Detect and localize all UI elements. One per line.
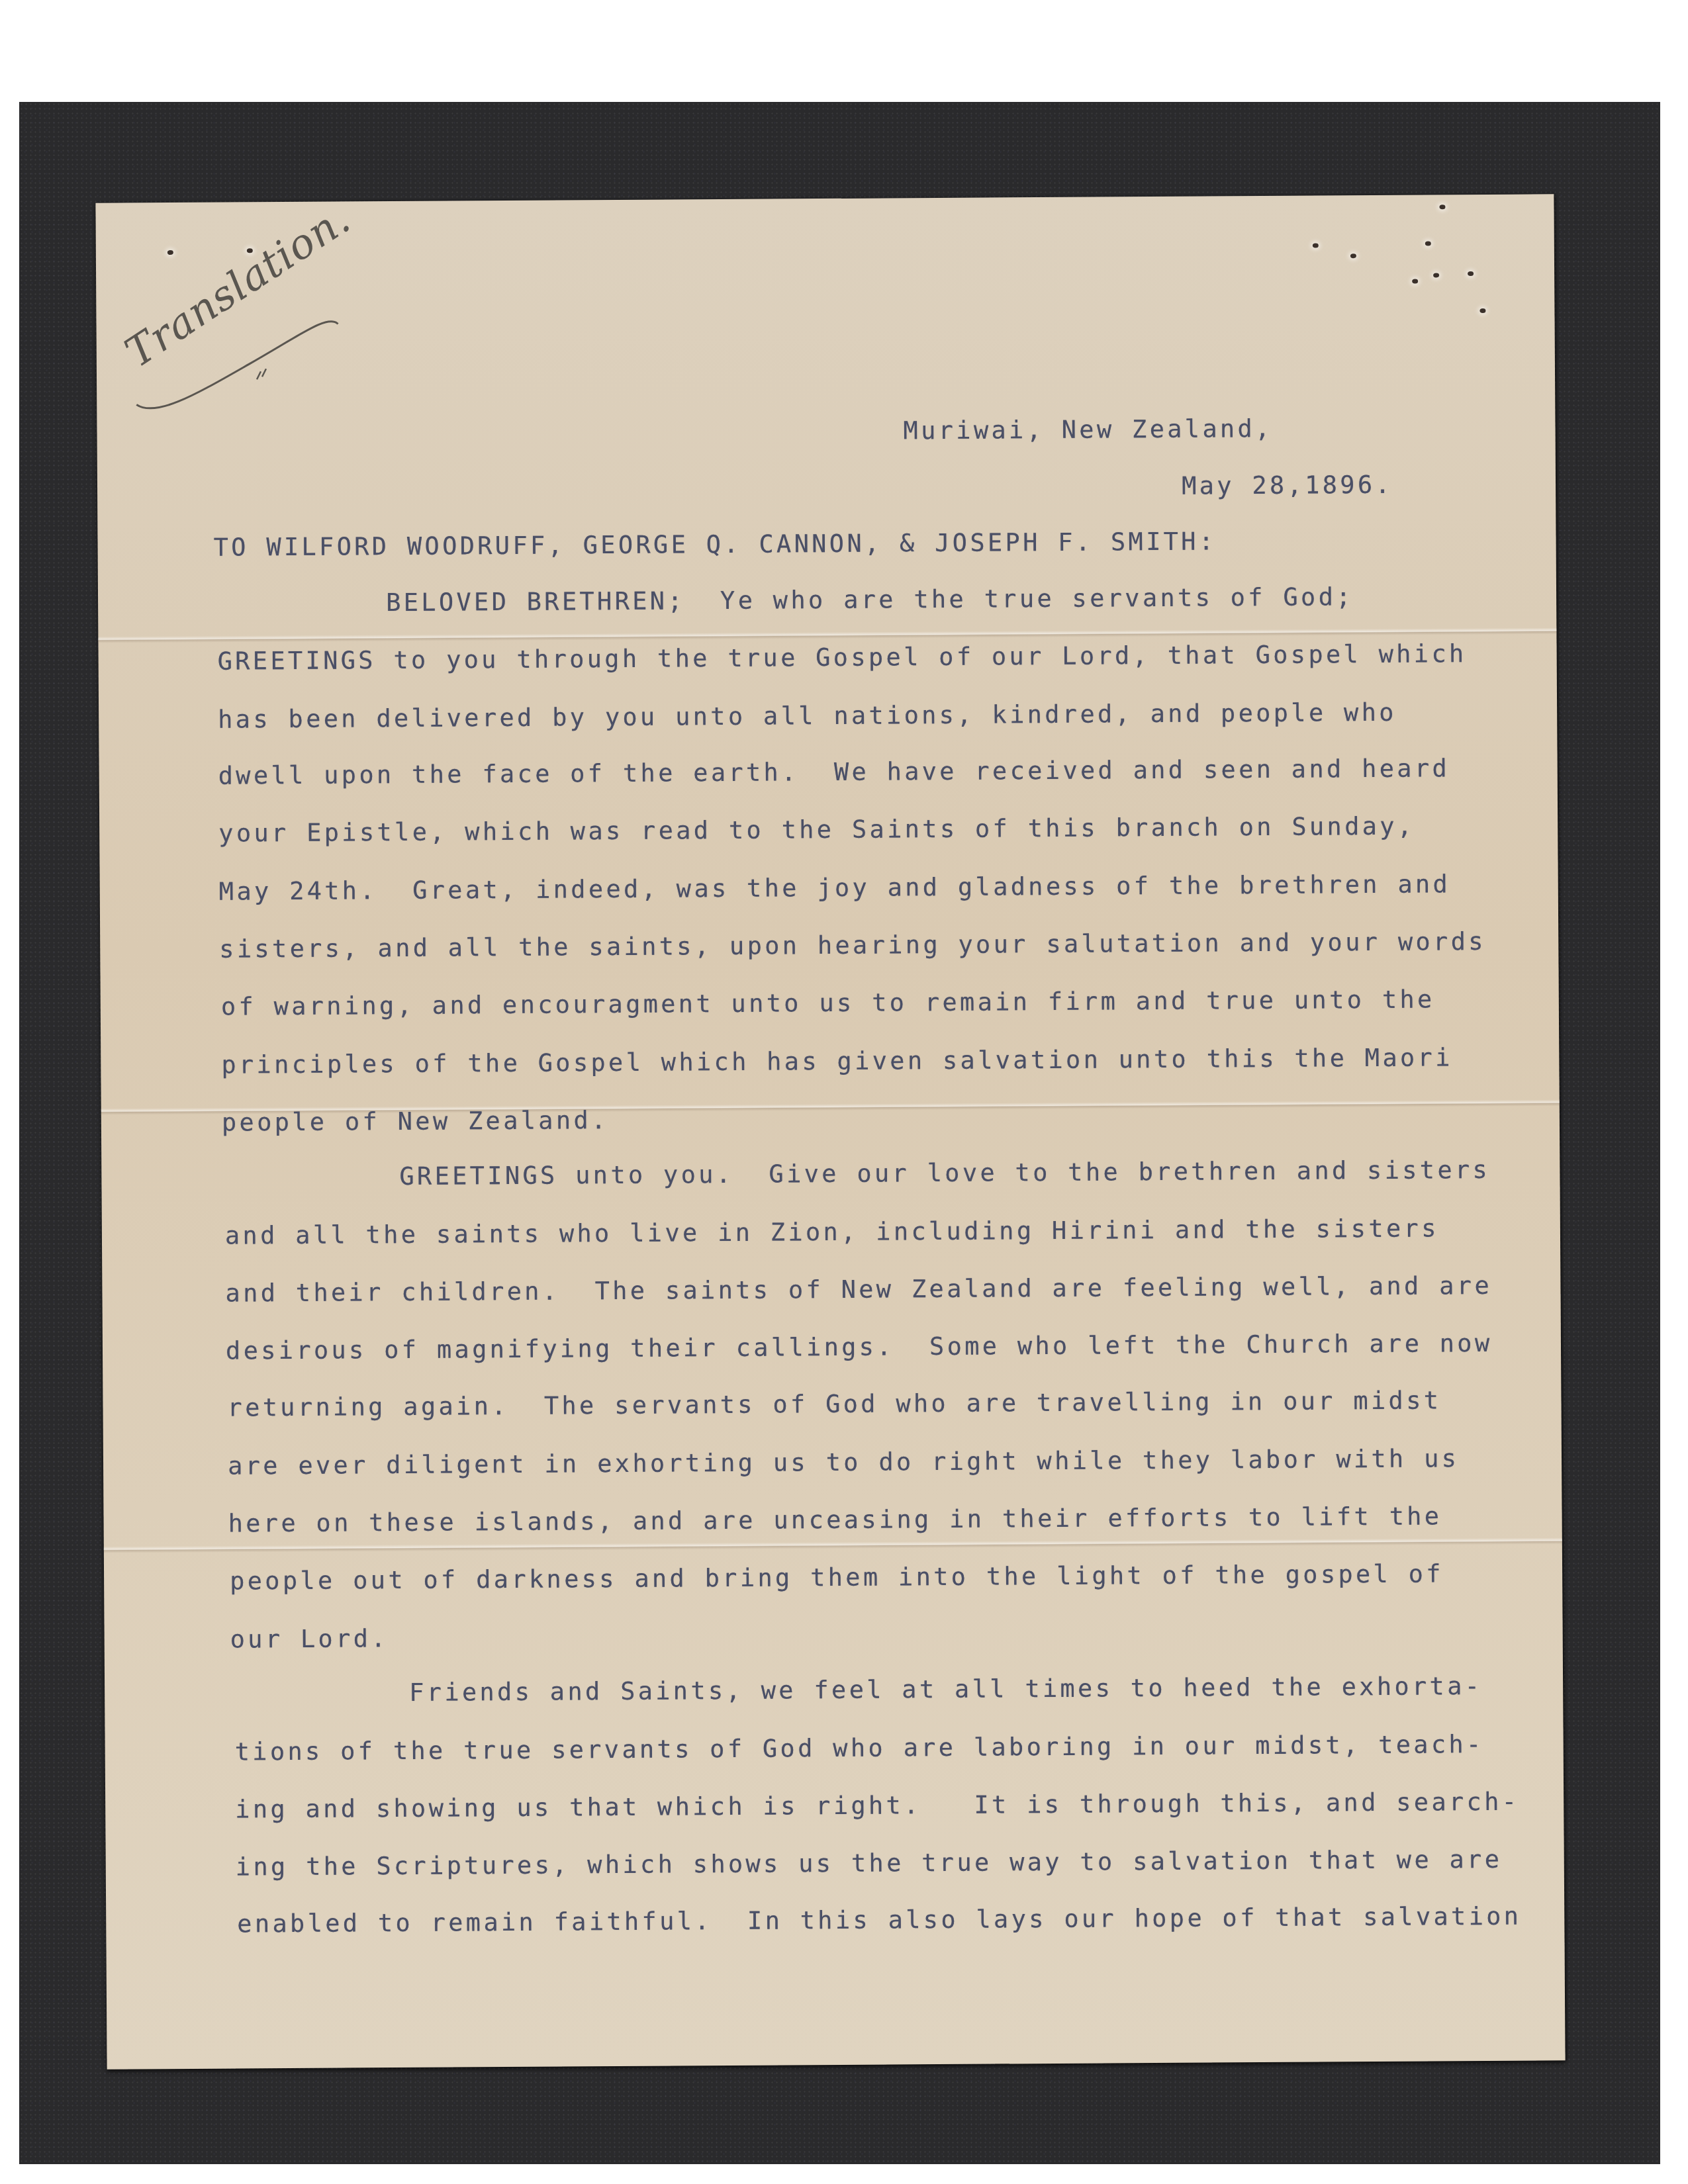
- body-line: your Epistle, which was read to the Sain…: [218, 812, 1415, 848]
- body-line: GREETINGS to you through the true Gospel…: [218, 639, 1467, 676]
- body-line: people out of darkness and bring them in…: [230, 1559, 1444, 1595]
- body-line: principles of the Gospel which has given…: [221, 1043, 1453, 1079]
- body-line: tions of the true servants of God who ar…: [235, 1730, 1484, 1766]
- body-line: ing the Scriptures, which shows us the t…: [236, 1845, 1503, 1882]
- pinhole-mark: [1439, 205, 1445, 209]
- body-line: people of New Zealand.: [222, 1106, 609, 1137]
- body-line: has been delivered by you unto all natio…: [218, 698, 1397, 734]
- body-line: here on these islands, and are unceasing…: [228, 1502, 1442, 1537]
- body-line: Friends and Saints, we feel at all times…: [409, 1672, 1482, 1707]
- pinhole-mark: [167, 250, 173, 255]
- body-line: May 24th. Great, indeed, was the joy and…: [219, 870, 1451, 905]
- body-line: our Lord.: [230, 1624, 389, 1653]
- place-line: Muriwai, New Zealand,: [903, 414, 1272, 445]
- pinhole-mark: [1412, 279, 1418, 284]
- pinhole-mark: [1479, 308, 1485, 313]
- body-line: returning again. The servants of God who…: [227, 1386, 1441, 1422]
- date-line: May 28,1896.: [1182, 471, 1393, 500]
- body-line: BELOVED BRETHREN; Ye who are the true se…: [386, 582, 1354, 617]
- body-line: ing and showing us that which is right. …: [235, 1788, 1519, 1824]
- body-line: sisters, and all the saints, upon hearin…: [219, 927, 1486, 964]
- body-line: GREETINGS unto you. Give our love to the…: [399, 1156, 1490, 1191]
- pinhole-mark: [1468, 271, 1474, 276]
- pinhole-mark: [1433, 273, 1439, 277]
- body-line: desirous of magnifying their callings. S…: [226, 1329, 1493, 1365]
- pinhole-mark: [1425, 241, 1431, 246]
- body-line: are ever diligent in exhorting us to do …: [228, 1444, 1460, 1480]
- pinhole-mark: [1313, 243, 1319, 248]
- body-line: and their children. The saints of New Ze…: [225, 1271, 1492, 1308]
- paper-fold-crease: [104, 1537, 1562, 1553]
- addressee-line: TO WILFORD WOODRUFF, GEORGE Q. CANNON, &…: [213, 527, 1216, 561]
- letter-page: Translation. Muriwai, New Zealand, May 2…: [95, 194, 1565, 2069]
- pinhole-mark: [1350, 253, 1356, 258]
- body-line: enabled to remain faithful. In this also…: [237, 1902, 1521, 1938]
- body-line: of warning, and encouragment unto us to …: [221, 985, 1435, 1021]
- body-line: and all the saints who live in Zion, inc…: [225, 1214, 1439, 1250]
- body-line: dwell upon the face of the earth. We hav…: [218, 754, 1450, 790]
- handwritten-annotation: Translation.: [116, 261, 355, 414]
